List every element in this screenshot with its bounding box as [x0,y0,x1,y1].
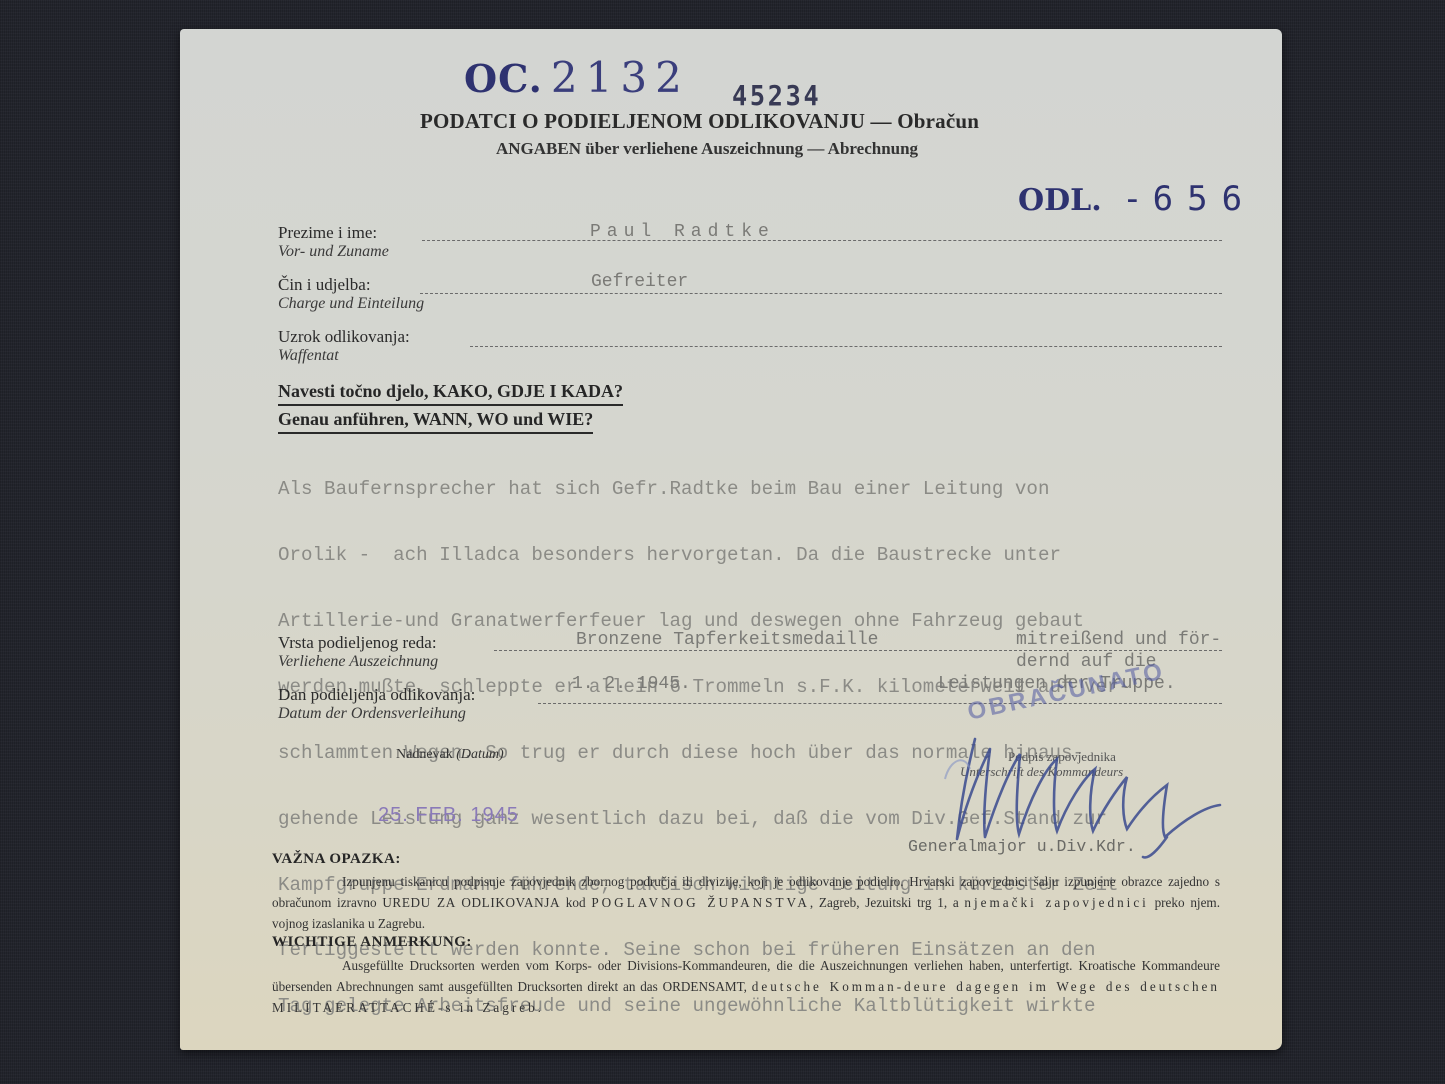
oc-reference-stamp: OC.2132 [464,53,690,102]
rank-field-line [420,293,1222,294]
narrative-line: Orolik - ach Illadca besonders hervorget… [278,544,1130,566]
important-note-text-de: Ausgefüllte Drucksorten werden vom Korps… [272,955,1220,1018]
narrative-line: Als Baufernsprecher hat sich Gefr.Radtke… [278,478,1130,500]
important-note-heading-de: WICHTIGE ANMERKUNG: [272,934,472,951]
date-label-hr: Nadnevak [396,747,453,762]
award-label-de: Verliehene Auszeichnung [278,653,438,671]
narrative-continuation-1: mitreißend und för- [1016,630,1221,650]
reason-label-de: Waffentat [278,347,339,365]
office-name: UREDU ZA ODLIKOVANJA [382,895,560,910]
narrative-line: Artillerie-und Granatwerferfeuer lag und… [278,610,1130,632]
name-label-hr: Prezime i ime: [278,223,377,243]
date-label: Nadnevak (Datum) [396,747,504,763]
rank-field-value: Gefreiter [591,272,688,292]
signatory-title: Generalmajor u.Div.Kdr. [908,837,1136,856]
award-date-value: 1. 2. 1945. [572,674,691,694]
odl-reference-stamp: ODL. -656 [1018,179,1256,219]
reason-label-hr: Uzrok odlikovanja: [278,327,410,347]
award-date-field-line [538,703,1222,704]
instruction-croatian: Navesti točno djelo, KAKO, GDJE I KADA? [278,381,623,406]
award-date-label-hr: Dan podieljenja odlikovanja: [278,685,475,705]
oc-number: 2132 [551,53,690,102]
name-field-line [422,240,1222,241]
date-label-de: (Datum) [456,747,503,762]
received-date-stamp: 25. FEB. 1945 [378,804,519,827]
odl-dash: - [1122,179,1142,219]
odl-prefix: ODL. [1018,183,1102,218]
rank-label-hr: Čin i udjelba: [278,275,371,295]
important-note-text-hr: Izpunjenu tiskanicu podpisuje zapovjedni… [272,871,1220,934]
award-field-line [494,650,1222,651]
award-field-value: Bronzene Tapferkeitsmedaille [576,630,878,650]
form-title-german: ANGABEN über verliehene Auszeichnung — A… [496,139,918,159]
award-label-hr: Vrsta podieljenog reda: [278,633,437,653]
name-field-value: Paul Radtke [590,222,775,242]
important-note-heading-hr: VAŽNA OPAZKA: [272,851,401,868]
reason-field-line [470,346,1222,347]
instruction-german: Genau anführen, WANN, WO und WIE? [278,409,593,434]
secondary-number-stamp: 45234 [732,79,821,112]
document-form: OC.2132 45234 PODATCI O PODIELJENOM ODLI… [180,29,1282,1050]
odl-number: 656 [1153,179,1256,219]
award-date-label-de: Datum der Ordensverleihung [278,705,466,723]
name-label-de: Vor- und Zuname [278,243,389,261]
oc-prefix: OC. [464,56,543,101]
office-name-2: POGLAVNOG ŽUPANSTVA [591,895,810,910]
office-name-de: MILITAERATTACHÉ-s in Zagreb. [272,1000,544,1015]
rank-label-de: Charge und Einteilung [278,295,424,313]
form-title-croatian: PODATCI O PODIELJENOM ODLIKOVANJU — Obra… [420,109,979,134]
